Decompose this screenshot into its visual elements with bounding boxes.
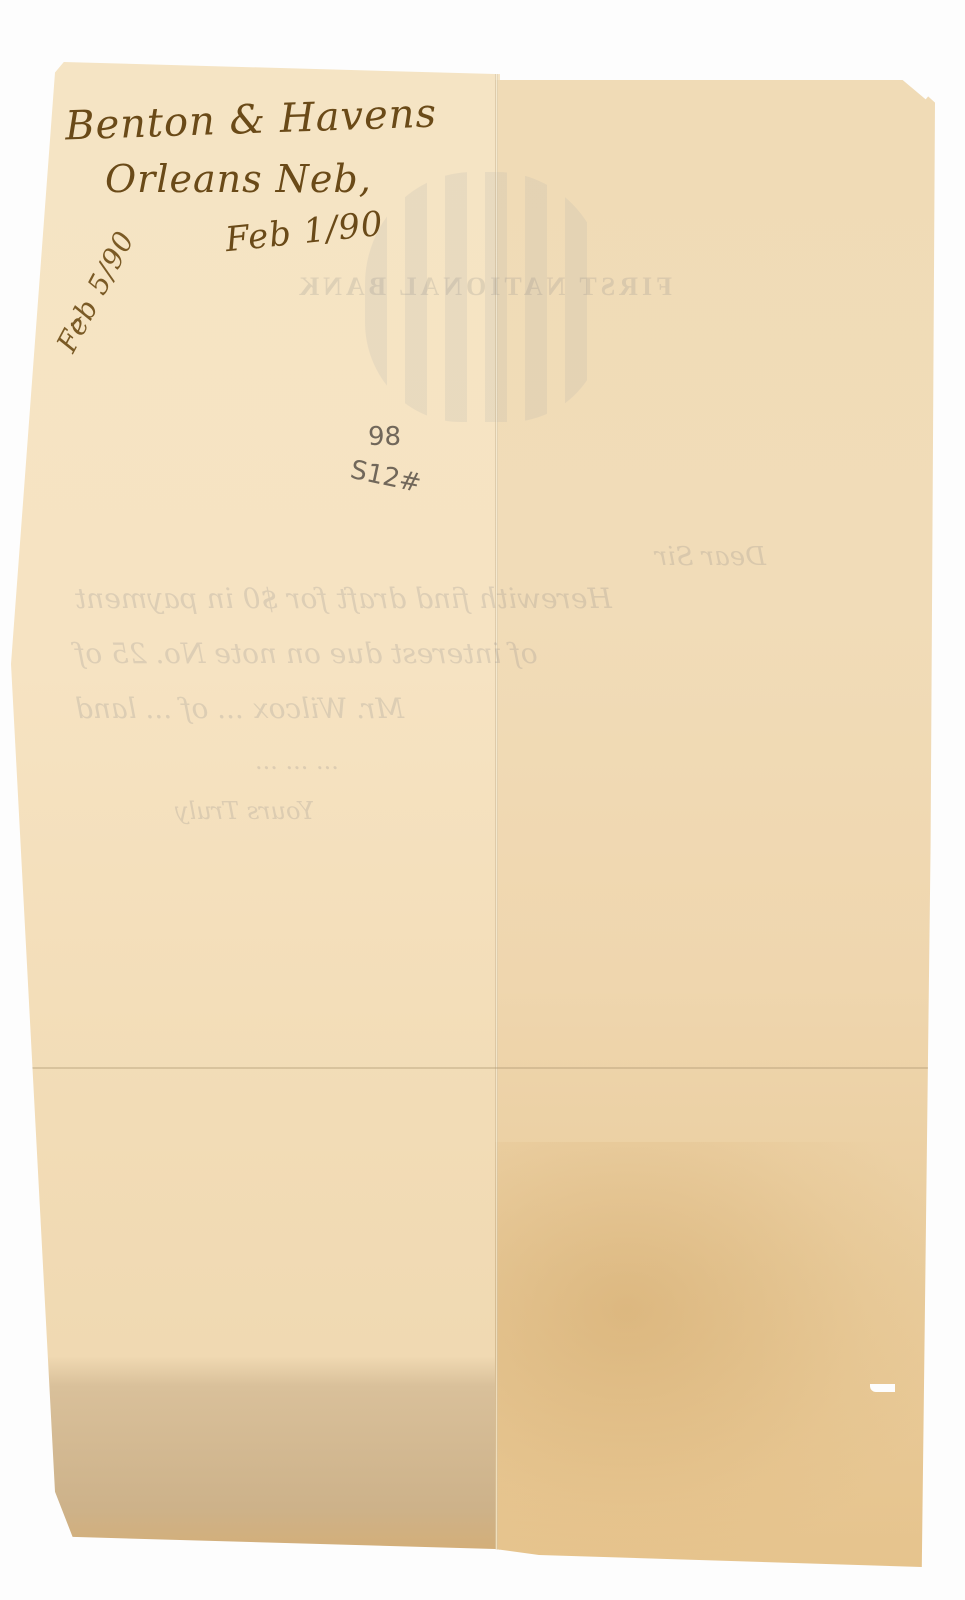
bleed-line: Mr. Wilcox ... of ... land xyxy=(75,692,404,725)
docket-location: Orleans Neb, xyxy=(105,157,372,201)
bleed-line: ... ... ... xyxy=(255,747,339,775)
letter-sheet: FIRST NATIONAL BANK Dear Sir Herewith fi… xyxy=(55,62,935,1567)
bleed-line: of interest due on note No. 25 of xyxy=(75,637,538,670)
bleed-line: Herewith find draft for $0 in payment xyxy=(75,582,612,615)
bleed-salutation: Dear Sir xyxy=(655,542,766,572)
bleed-letterhead: FIRST NATIONAL BANK xyxy=(295,272,672,302)
horizontal-fold xyxy=(15,1067,935,1069)
pencil-number: 98 xyxy=(368,422,401,452)
edge-tear xyxy=(870,1384,895,1392)
water-stain xyxy=(495,1142,935,1562)
bleed-line: Yours Truly xyxy=(175,797,314,825)
